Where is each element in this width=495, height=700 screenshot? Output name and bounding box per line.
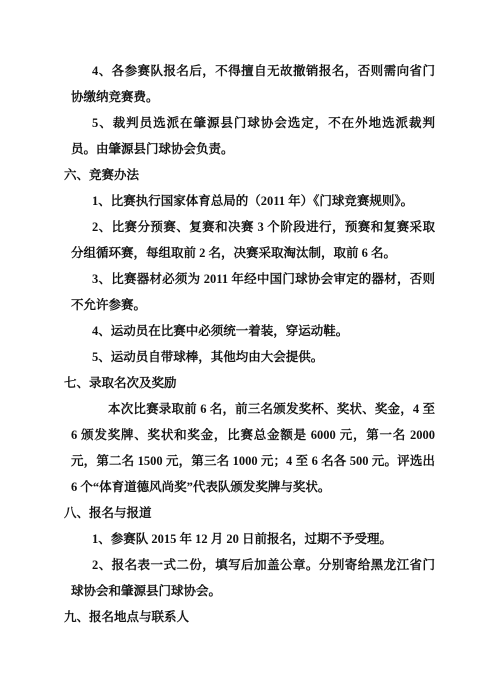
document-page: 4、各参赛队报名后，不得擅自无故撤销报名，否则需向省门协缴纳竞赛费。 5、裁判员…: [0, 0, 495, 700]
paragraph: 4、各参赛队报名后，不得擅自无故撤销报名，否则需向省门协缴纳竞赛费。: [71, 58, 435, 110]
paragraph: 4、运动员在比赛中必须统一着装，穿运动鞋。: [71, 318, 435, 344]
paragraph: 2、报名表一式二份，填写后加盖公章。分别寄给黑龙江省门球协会和肇源县门球协会。: [71, 552, 435, 604]
paragraph: 5、裁判员选派在肇源县门球协会选定，不在外地选派裁判员。由肇源县门球协会负责。: [71, 110, 435, 162]
section-heading: 八、报名与报道: [64, 500, 435, 526]
paragraph: 5、运动员自带球棒，其他均由大会提供。: [71, 344, 435, 370]
paragraph: 2、比赛分预赛、复赛和决赛 3 个阶段进行，预赛和复赛采取分组循环赛，每组取前 …: [71, 214, 435, 266]
section-heading: 六、竞赛办法: [64, 162, 435, 188]
section-heading: 七、录取名次及奖励: [64, 370, 435, 396]
paragraph: 3、比赛器材必须为 2011 年经中国门球协会审定的器材，否则不允许参赛。: [71, 266, 435, 318]
paragraph: 1、比赛执行国家体育总局的（2011 年）《门球竞赛规则》。: [71, 188, 435, 214]
section-heading: 九、报名地点与联系人: [64, 604, 435, 630]
paragraph: 本次比赛录取前 6 名，前三名颁发奖杯、奖状、奖金，4 至 6 颁发奖牌、奖状和…: [71, 396, 435, 500]
paragraph: 1、参赛队 2015 年 12 月 20 日前报名，过期不予受理。: [71, 526, 435, 552]
